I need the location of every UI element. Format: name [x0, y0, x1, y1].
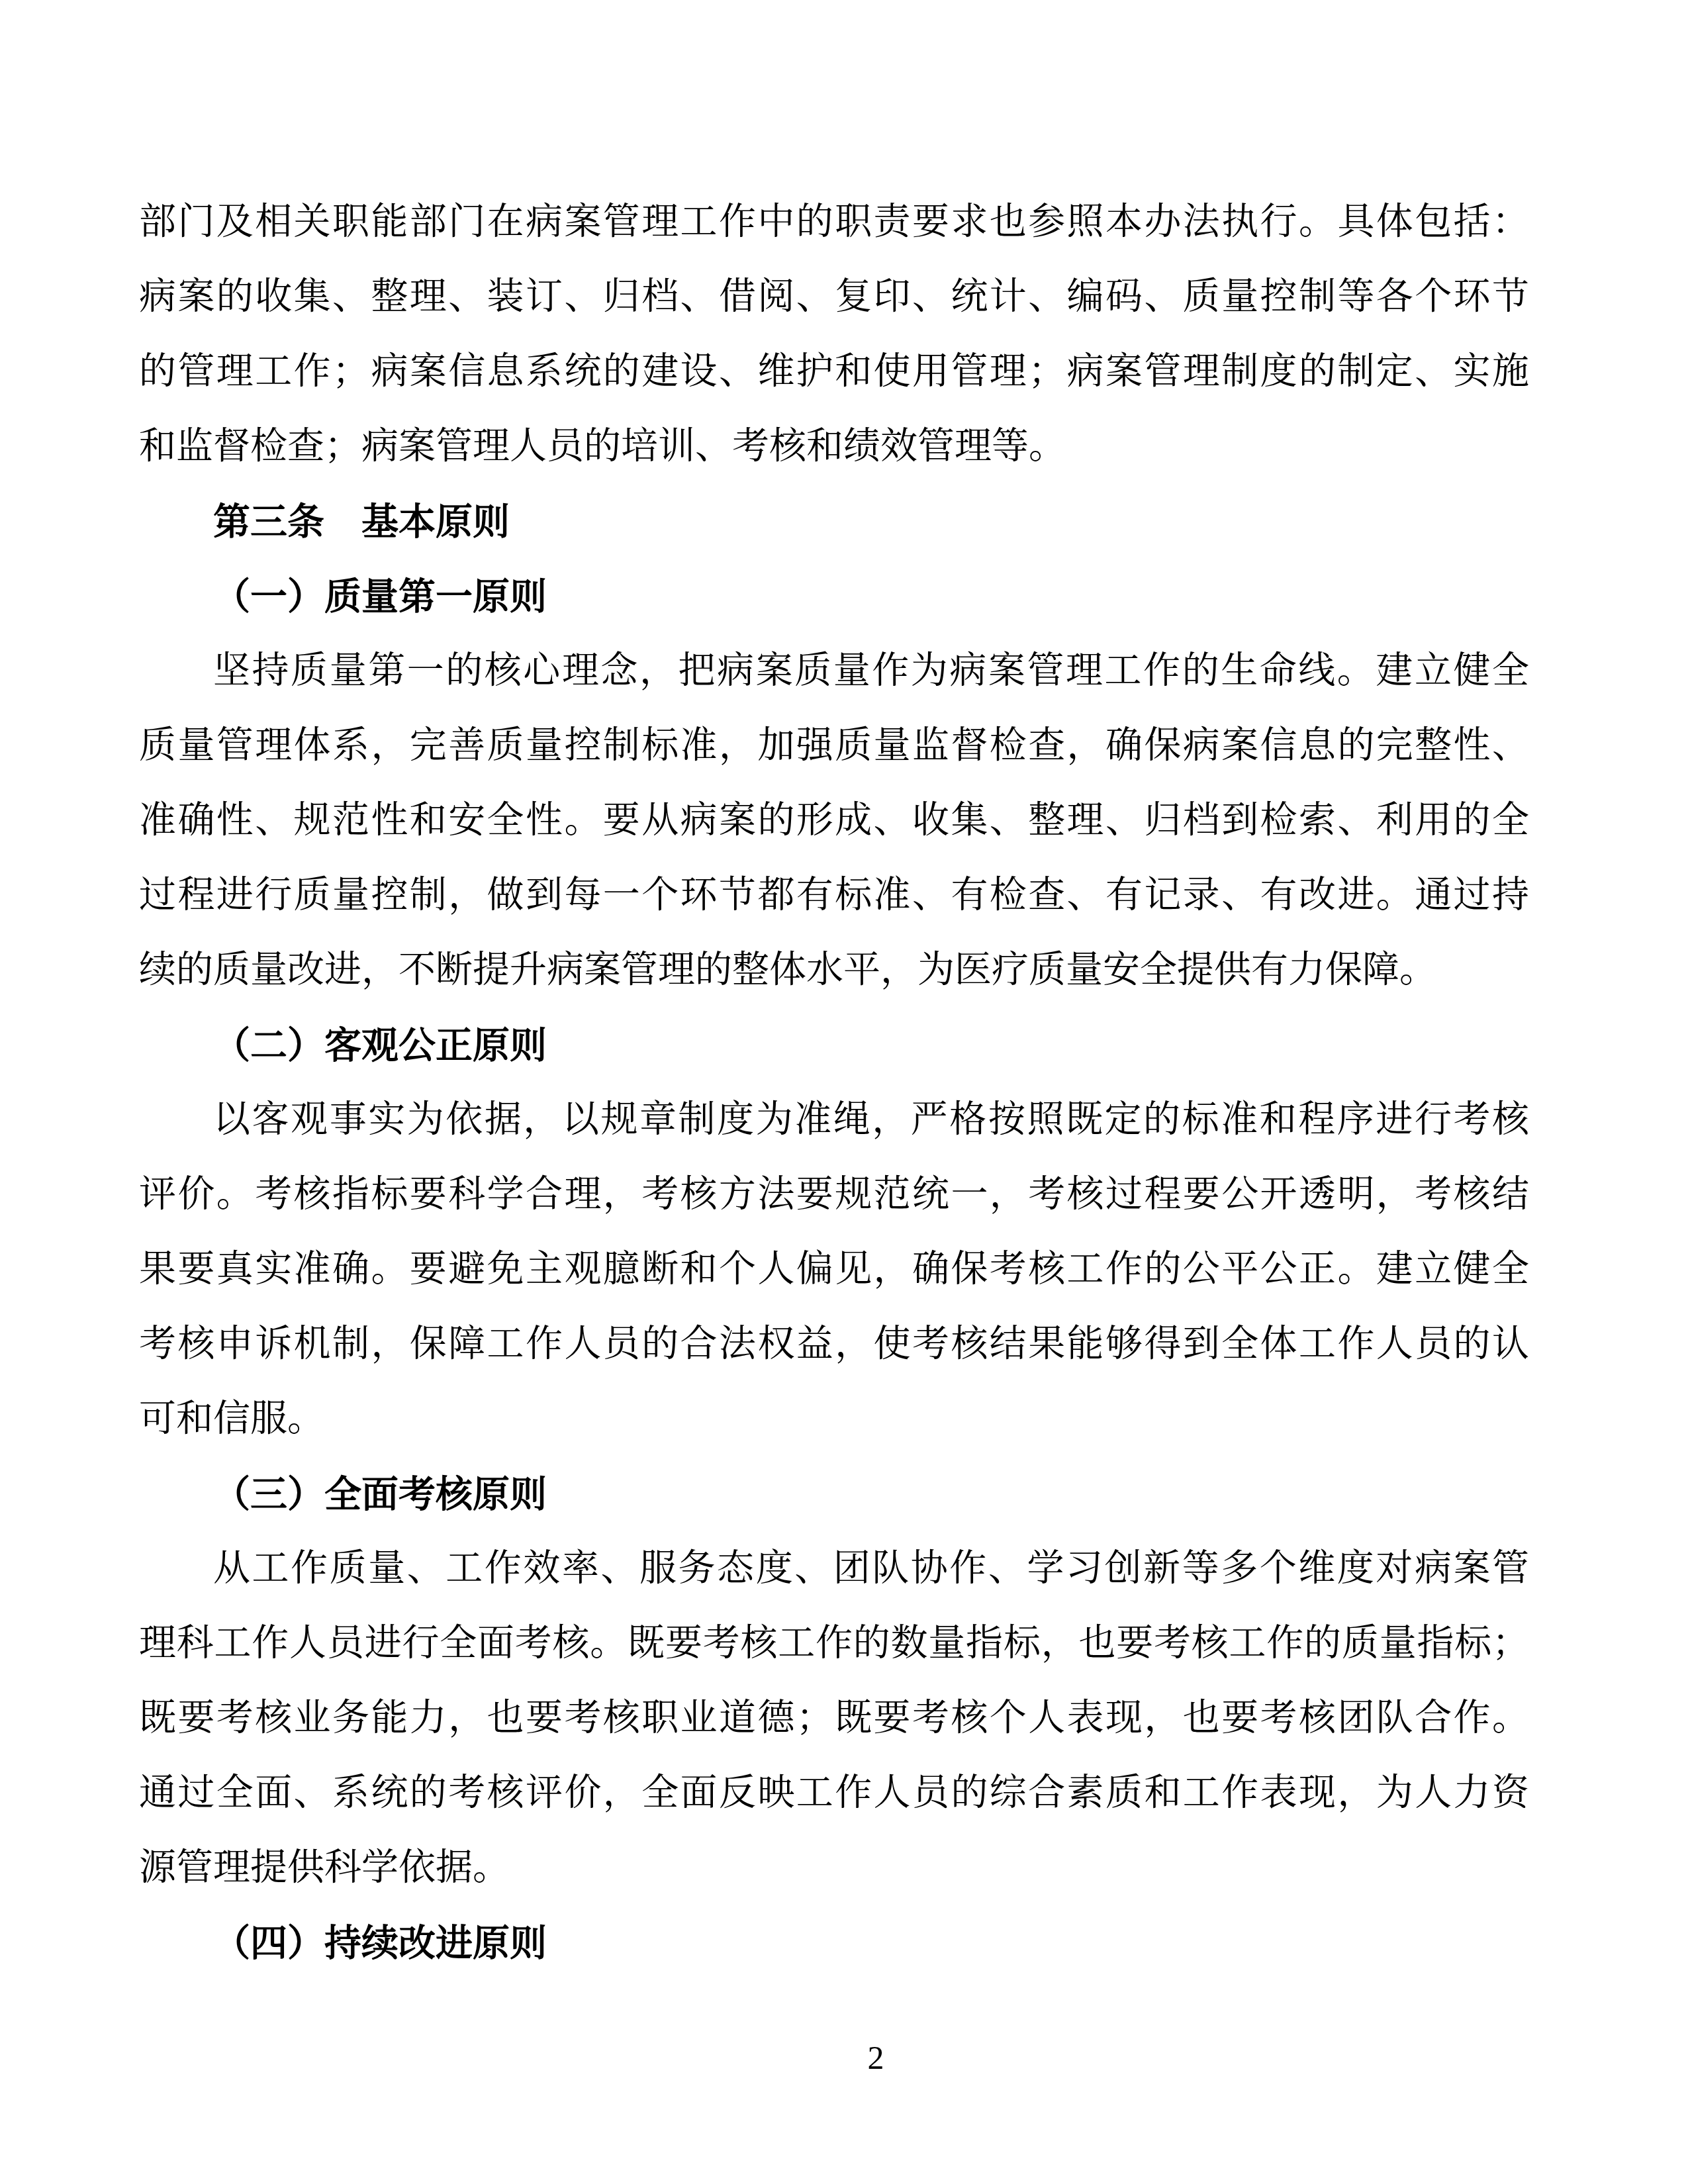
- body-line: 和监督检查；病案管理人员的培训、考核和绩效管理等。: [139, 409, 1529, 484]
- body-line: 续的质量改进，不断提升病案管理的整体水平，为医疗质量安全提供有力保障。: [139, 933, 1529, 1008]
- body-line: 既要考核业务能力，也要考核职业道德；既要考核个人表现，也要考核团队合作。: [139, 1681, 1529, 1756]
- body-line: 准确性、规范性和安全性。要从病案的形成、收集、整理、归档到检索、利用的全: [139, 783, 1529, 858]
- body-line: 考核申诉机制，保障工作人员的合法权益，使考核结果能够得到全体工作人员的认: [139, 1307, 1529, 1382]
- sub-heading: （一）质量第一原则: [139, 559, 1529, 634]
- sub-heading: （三）全面考核原则: [139, 1456, 1529, 1531]
- body-line: 源管理提供科学依据。: [139, 1830, 1529, 1905]
- body-line: 坚持质量第一的核心理念，把病案质量作为病案管理工作的生命线。建立健全: [139, 634, 1529, 708]
- body-line: 通过全面、系统的考核评价，全面反映工作人员的综合素质和工作表现，为人力资: [139, 1756, 1529, 1830]
- body-line: 部门及相关职能部门在病案管理工作中的职责要求也参照本办法执行。具体包括：: [139, 185, 1529, 260]
- body-line: 可和信服。: [139, 1382, 1529, 1456]
- body-line: 以客观事实为依据，以规章制度为准绳，严格按照既定的标准和程序进行考核: [139, 1082, 1529, 1157]
- body-line: 病案的收集、整理、装订、归档、借阅、复印、统计、编码、质量控制等各个环节: [139, 260, 1529, 334]
- sub-heading: （二）客观公正原则: [139, 1008, 1529, 1082]
- article-heading: 第三条 基本原则: [139, 484, 1529, 559]
- body-line: 评价。考核指标要科学合理，考核方法要规范统一，考核过程要公开透明，考核结: [139, 1157, 1529, 1232]
- body-line: 果要真实准确。要避免主观臆断和个人偏见，确保考核工作的公平公正。建立健全: [139, 1232, 1529, 1307]
- body-line: 过程进行质量控制，做到每一个环节都有标准、有检查、有记录、有改进。通过持: [139, 858, 1529, 933]
- page-body: 部门及相关职能部门在病案管理工作中的职责要求也参照本办法执行。具体包括： 病案的…: [139, 185, 1529, 1980]
- document-page: 部门及相关职能部门在病案管理工作中的职责要求也参照本办法执行。具体包括： 病案的…: [0, 0, 1688, 2184]
- sub-heading: （四）持续改进原则: [139, 1905, 1529, 1980]
- body-line: 理科工作人员进行全面考核。既要考核工作的数量指标，也要考核工作的质量指标；: [139, 1606, 1529, 1681]
- body-line: 质量管理体系，完善质量控制标准，加强质量监督检查，确保病案信息的完整性、: [139, 708, 1529, 783]
- page-number: 2: [0, 2038, 1688, 2077]
- body-line: 从工作质量、工作效率、服务态度、团队协作、学习创新等多个维度对病案管: [139, 1531, 1529, 1606]
- body-line: 的管理工作；病案信息系统的建设、维护和使用管理；病案管理制度的制定、实施: [139, 334, 1529, 409]
